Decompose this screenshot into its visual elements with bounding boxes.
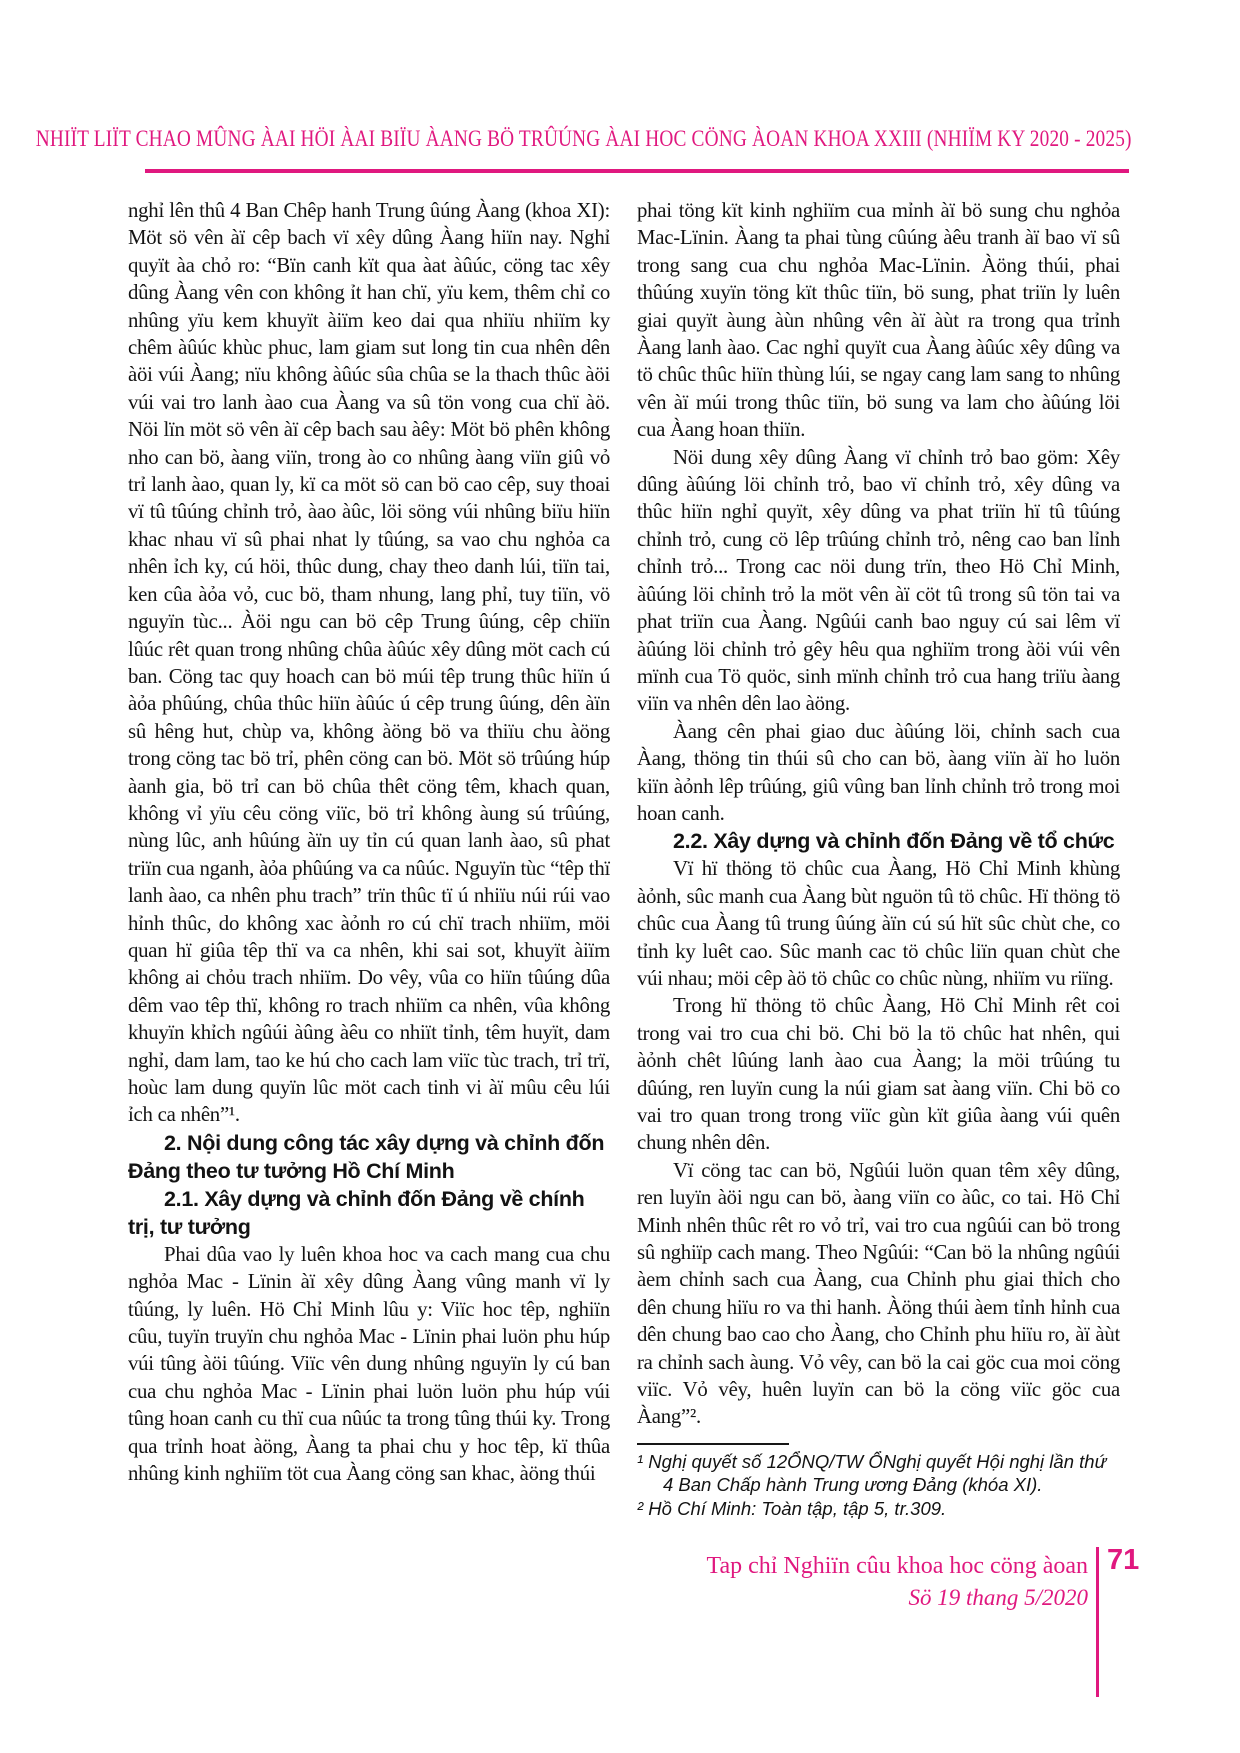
body-paragraph: Phai dûa vao ly luên khoa hoc va cach ma…: [128, 1241, 610, 1488]
journal-page: NHIÏT LIÏT CHAO MÛNG ÀAI HÖI ÀAI BIÏU ÀA…: [0, 0, 1240, 1753]
footnote-2: ² Hồ Chí Minh: Toàn tập, tập 5, tr.309.: [637, 1497, 1120, 1521]
body-paragraph: phai töng kït kinh nghiïm cua mỉnh àï bö…: [637, 197, 1120, 444]
section-2-heading: 2. Nội dung công tác xây dựng và chỉnh đ…: [128, 1129, 610, 1185]
footer-block: Tap chỉ Nghiïn cûu khoa hoc cöng àoan Sö…: [706, 1551, 1088, 1612]
body-paragraph: Trong hï thöng tö chûc Àang, Hö Chỉ Minh…: [637, 992, 1120, 1156]
body-paragraph: Vï hï thöng tö chûc cua Àang, Hö Chỉ Min…: [637, 855, 1120, 992]
footnotes-block: ¹ Nghị quyết số 12ỔNQ/TW ỔNghị quyết Hội…: [637, 1443, 1120, 1521]
body-paragraph: Nöi dung xêy dûng Àang vï chỉnh trỏ bao …: [637, 444, 1120, 718]
body-paragraph: Vï cöng tac can bö, Ngûúi luön quan têm …: [637, 1157, 1120, 1431]
section-2-1-heading: 2.1. Xây dựng và chỉnh đốn Đảng về chính…: [128, 1185, 610, 1241]
issue-line: Sö 19 thang 5/2020: [706, 1583, 1088, 1612]
body-paragraph: Àang cên phai giao duc àûúng löi, chỉnh …: [637, 718, 1120, 828]
body-paragraph: nghỉ lên thû 4 Ban Chêp hanh Trung ûúng …: [128, 197, 610, 1129]
footnote-1: ¹ Nghị quyết số 12ỔNQ/TW ỔNghị quyết Hội…: [637, 1450, 1120, 1497]
journal-title: Tap chỉ Nghiïn cûu khoa hoc cöng àoan: [706, 1551, 1088, 1581]
footnote-separator-rule: [637, 1443, 789, 1445]
left-column: nghỉ lên thû 4 Ban Chêp hanh Trung ûúng …: [128, 197, 610, 1487]
header-rule: [145, 169, 1129, 173]
right-column: phai töng kït kinh nghiïm cua mỉnh àï bö…: [637, 197, 1120, 1520]
footer-vertical-rule: [1096, 1547, 1099, 1697]
section-2-2-heading: 2.2. Xây dựng và chỉnh đốn Đảng về tổ ch…: [637, 827, 1120, 855]
congress-banner-text: NHIÏT LIÏT CHAO MÛNG ÀAI HÖI ÀAI BIÏU ÀA…: [36, 126, 1132, 152]
page-number: 71: [1107, 1544, 1139, 1577]
